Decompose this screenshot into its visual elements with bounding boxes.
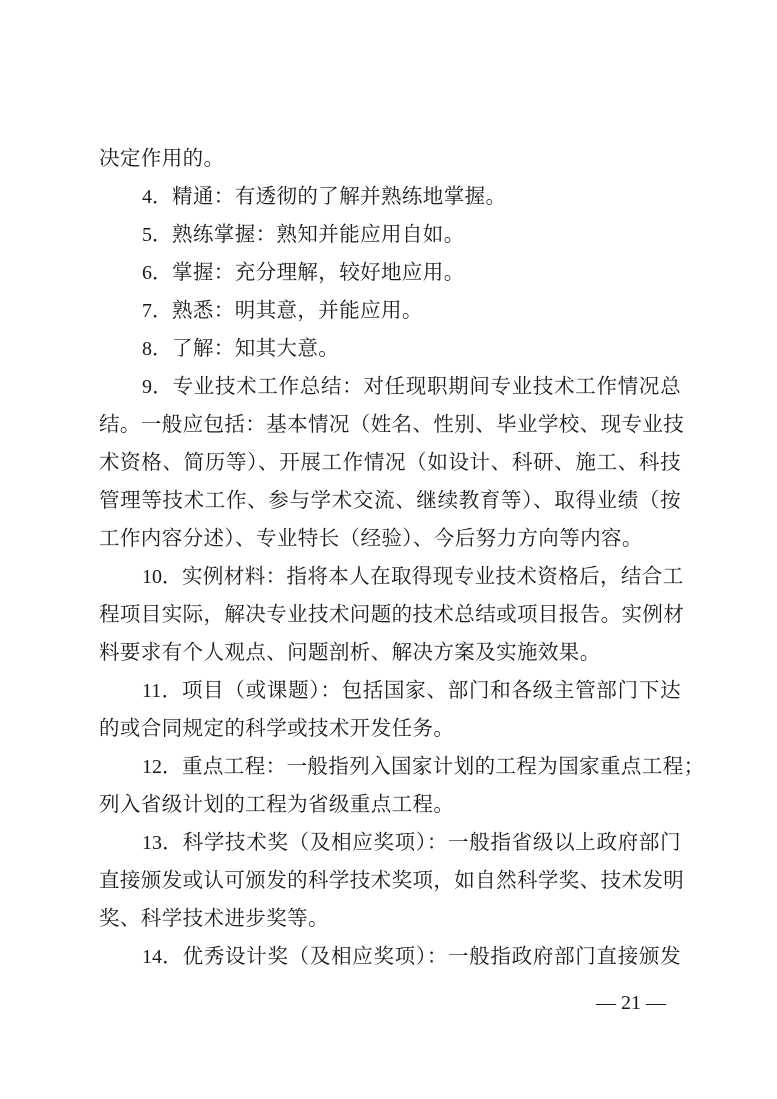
text-line: 工作内容分述）、专业特长（经验）、今后努力方向等内容。 xyxy=(99,524,681,552)
line-text: 决定作用的。 xyxy=(99,146,224,170)
line-text: 项目（或课题）：包括国家、部门和各级主管部门下达 xyxy=(182,678,681,702)
list-item-5: 5．熟练掌握：熟知并能应用自如。 xyxy=(142,220,681,248)
text-line: 结。一般应包括：基本情况（姓名、性别、毕业学校、现专业技 xyxy=(99,410,681,438)
item-number: 11． xyxy=(142,680,182,702)
line-text: 管理等技术工作、参与学术交流、继续教育等）、取得业绩（按 xyxy=(99,488,681,512)
line-text: 熟悉：明其意，并能应用。 xyxy=(172,298,423,322)
text-line: 奖、科学技术进步奖等。 xyxy=(99,904,681,932)
line-text: 了解：知其大意。 xyxy=(172,336,339,360)
text-line: 的或合同规定的科学或技术开发任务。 xyxy=(99,714,681,742)
item-number: 8． xyxy=(142,338,172,360)
line-text: 程项目实际，解决专业技术问题的技术总结或项目报告。实例材 xyxy=(99,602,684,626)
list-item-7: 7．熟悉：明其意，并能应用。 xyxy=(142,296,681,324)
list-item-13: 13．科学技术奖（及相应奖项）：一般指省级以上政府部门 xyxy=(142,828,681,856)
text-line: 直接颁发或认可颁发的科学技术奖项，如自然科学奖、技术发明 xyxy=(99,866,681,894)
line-text: 熟练掌握：熟知并能应用自如。 xyxy=(172,222,465,246)
line-text: 重点工程：一般指列入国家计划的工程为国家重点工程； xyxy=(182,754,705,778)
list-item-14: 14．优秀设计奖（及相应奖项）：一般指政府部门直接颁发 xyxy=(142,942,681,970)
line-text: 的或合同规定的科学或技术开发任务。 xyxy=(99,716,454,740)
item-number: 9． xyxy=(142,376,173,398)
text-line: 决定作用的。 xyxy=(99,144,681,172)
text-line: 列入省级计划的工程为省级重点工程。 xyxy=(99,790,681,818)
line-text: 科学技术奖（及相应奖项）：一般指省级以上政府部门 xyxy=(183,830,681,854)
line-text: 直接颁发或认可颁发的科学技术奖项，如自然科学奖、技术发明 xyxy=(99,868,684,892)
line-text: 实例材料：指将本人在取得现专业技术资格后，结合工 xyxy=(182,564,684,588)
line-text: 结。一般应包括：基本情况（姓名、性别、毕业学校、现专业技 xyxy=(99,412,684,436)
item-number: 6． xyxy=(142,262,172,284)
item-number: 14． xyxy=(142,946,183,968)
list-item-8: 8．了解：知其大意。 xyxy=(142,334,681,362)
item-number: 12． xyxy=(142,756,182,778)
text-line: 术资格、简历等）、开展工作情况（如设计、科研、施工、科技 xyxy=(99,448,681,476)
list-item-10: 10．实例材料：指将本人在取得现专业技术资格后，结合工 xyxy=(142,562,681,590)
item-number: 13． xyxy=(142,832,183,854)
line-text: 工作内容分述）、专业特长（经验）、今后努力方向等内容。 xyxy=(99,526,643,550)
line-text: 奖、科学技术进步奖等。 xyxy=(99,906,329,930)
list-item-11: 11．项目（或课题）：包括国家、部门和各级主管部门下达 xyxy=(142,676,681,704)
line-text: 术资格、简历等）、开展工作情况（如设计、科研、施工、科技 xyxy=(99,450,681,474)
text-line: 管理等技术工作、参与学术交流、继续教育等）、取得业绩（按 xyxy=(99,486,681,514)
document-page: 决定作用的。 4．精通：有透彻的了解并熟练地掌握。 5．熟练掌握：熟知并能应用自… xyxy=(0,0,777,1099)
item-number: 10． xyxy=(142,566,182,588)
list-item-4: 4．精通：有透彻的了解并熟练地掌握。 xyxy=(142,182,681,210)
list-item-9: 9．专业技术工作总结：对任现职期间专业技术工作情况总 xyxy=(142,372,681,400)
list-item-12: 12．重点工程：一般指列入国家计划的工程为国家重点工程； xyxy=(142,752,681,780)
text-line: 程项目实际，解决专业技术问题的技术总结或项目报告。实例材 xyxy=(99,600,681,628)
line-text: 掌握：充分理解，较好地应用。 xyxy=(172,260,465,284)
line-text: 优秀设计奖（及相应奖项）：一般指政府部门直接颁发 xyxy=(183,944,681,968)
page-number: — 21 — xyxy=(596,989,666,1017)
line-text: 专业技术工作总结：对任现职期间专业技术工作情况总 xyxy=(173,374,681,398)
line-text: 精通：有透彻的了解并熟练地掌握。 xyxy=(172,184,506,208)
item-number: 5． xyxy=(142,224,172,246)
item-number: 4． xyxy=(142,186,172,208)
line-text: 列入省级计划的工程为省级重点工程。 xyxy=(99,792,454,816)
item-number: 7． xyxy=(142,300,172,322)
text-line: 料要求有个人观点、问题剖析、解决方案及实施效果。 xyxy=(99,638,681,666)
list-item-6: 6．掌握：充分理解，较好地应用。 xyxy=(142,258,681,286)
line-text: 料要求有个人观点、问题剖析、解决方案及实施效果。 xyxy=(99,640,601,664)
